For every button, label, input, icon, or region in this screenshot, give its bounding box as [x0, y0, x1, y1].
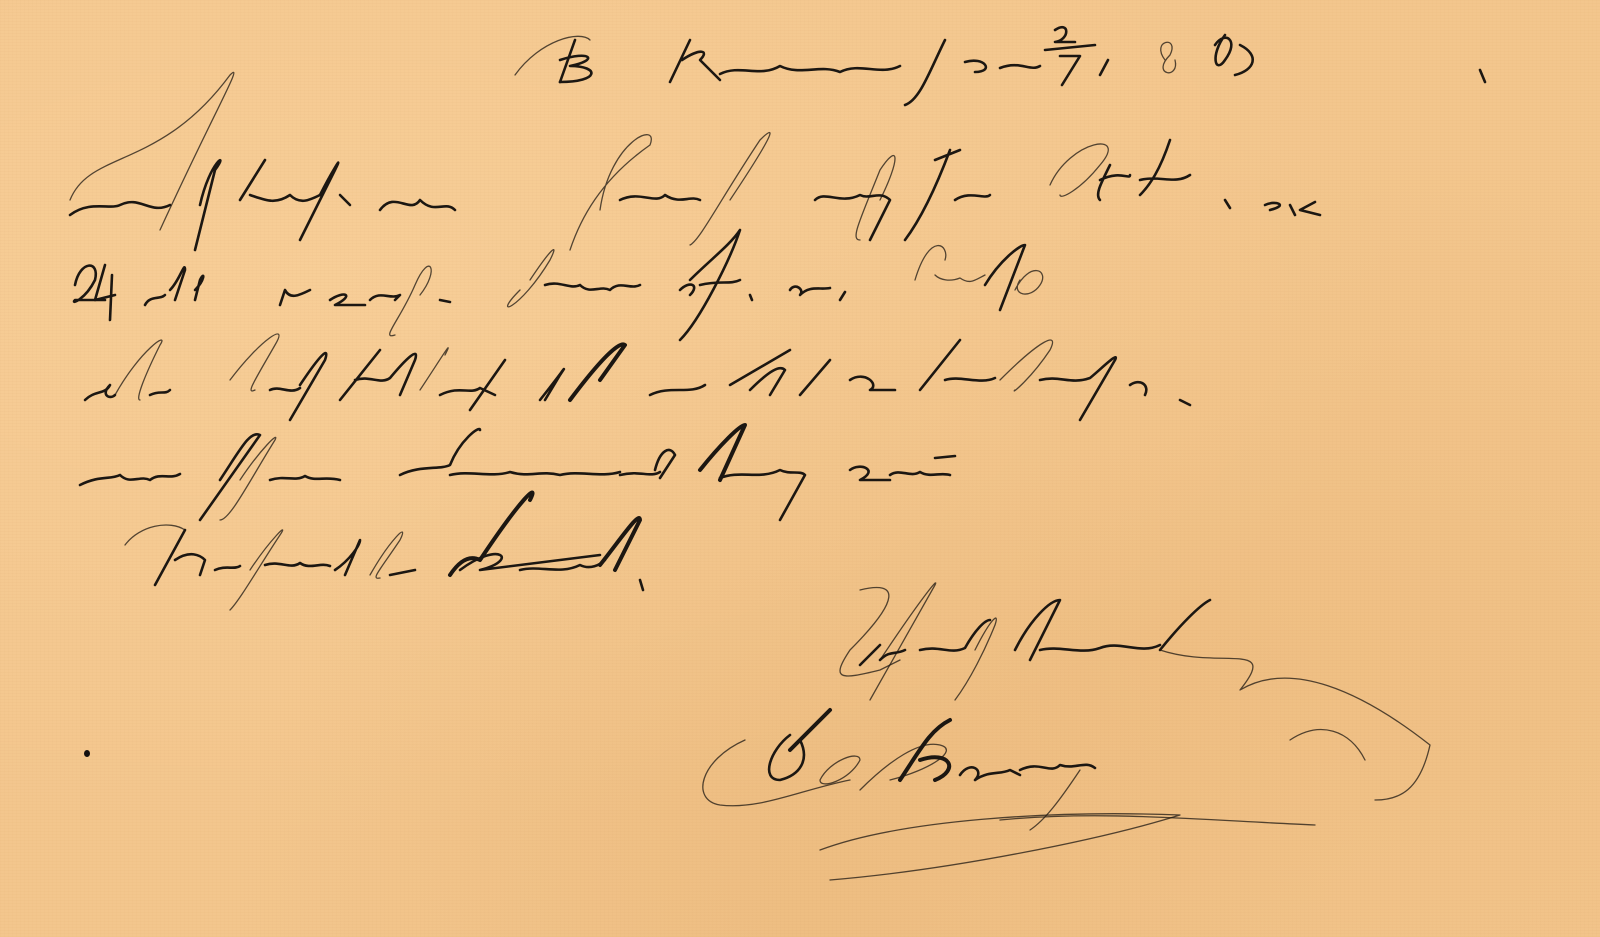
- closing: Hochachtend: [830, 610, 1149, 661]
- signature: A. v. Berger: [760, 735, 1058, 789]
- dateline: B. Kammer, den 2/7 1882: [520, 30, 1158, 84]
- ink-dot: [84, 750, 90, 757]
- flourish-stroke: [1290, 730, 1365, 760]
- body-line-5: Versandt kommt.: [150, 530, 560, 581]
- body-line-1: bestätige den Empfang Ihres Werten v.: [70, 160, 1014, 211]
- body-line-4: nächsten Sonnabend zum: [80, 440, 698, 491]
- body-line-3: die bestellten Musterhefte,: [85, 350, 745, 401]
- letter-paper: B. Kammer, den 2/7 1882 bestätige den Em…: [0, 0, 1600, 937]
- body-line-2: 24 vorm., u. zeige Ihnen ergebenst an, d…: [70, 255, 1115, 306]
